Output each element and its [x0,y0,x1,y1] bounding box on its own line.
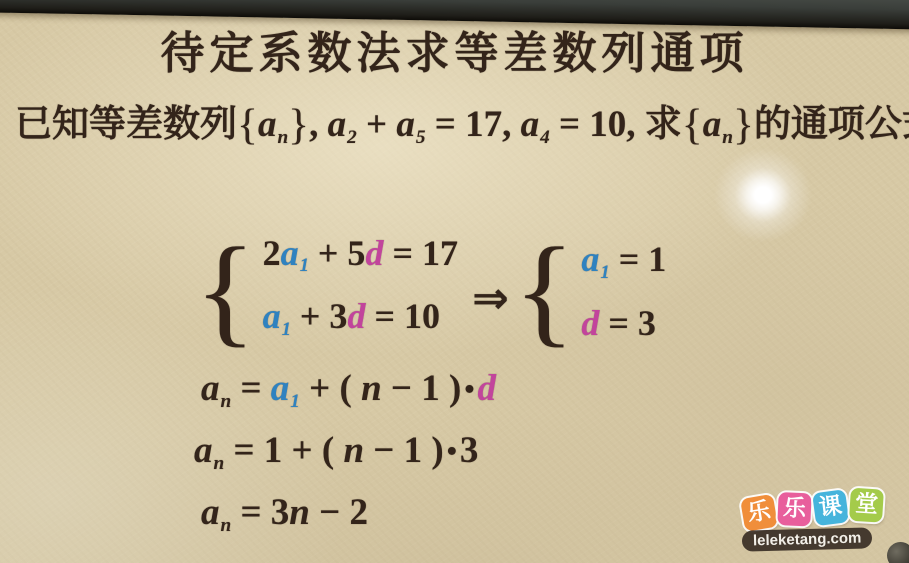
multiplication-dot: • [461,377,477,403]
solutions-column: a1 = 1 d = 3 [581,234,666,348]
equations-column: 2a1 + 5d = 17 a1 + 3d = 10 [263,228,458,355]
formula-substituted: an = 1 + ( n − 1 )•3 [194,429,478,475]
logo-tile-le2: 乐 [777,492,811,526]
open-brace: { [682,101,703,149]
camera-glare-spot [714,148,812,242]
equation-system: { 2a1 + 5d = 17 a1 + 3d = 10 ⇒ { a1 = 1 … [196,228,666,355]
formula-general-term: an = a1 + ( n − 1 )•d [201,367,496,413]
logo-tile-le1: 乐 [740,494,778,532]
implies-arrow: ⇒ [472,273,509,324]
logo-tiles: 乐 乐 课 堂 [741,488,883,527]
slide-photo: 待定系数法求等差数列通项 已知等差数列{an}, a2 + a5 = 17, a… [0,0,909,563]
corner-watermark-badge [887,542,909,563]
solution-d: d = 3 [581,298,666,349]
formula-result: an = 3n − 2 [201,491,368,537]
right-system-brace: { [513,242,574,340]
leleketang-logo: 乐 乐 课 堂 leleketang.com [742,491,883,550]
solution-a1: a1 = 1 [581,234,666,297]
left-system-brace: { [195,242,256,340]
open-brace: { [237,101,258,149]
page-title: 待定系数法求等差数列通项 [0,17,909,81]
equation-1: 2a1 + 5d = 17 [263,228,458,291]
close-brace: } [733,101,754,149]
close-brace: } [288,101,309,149]
multiplication-dot: • [444,439,460,465]
problem-statement: 已知等差数列{an}, a2 + a5 = 17, a4 = 10, 求{an}… [15,93,909,150]
logo-domain-text: leleketang.com [742,527,873,551]
problem-text: 已知等差数列 [15,102,237,145]
logo-tile-tang: 堂 [849,488,884,523]
equation-2: a1 + 3d = 10 [263,291,458,354]
logo-tile-ke: 课 [812,489,849,526]
